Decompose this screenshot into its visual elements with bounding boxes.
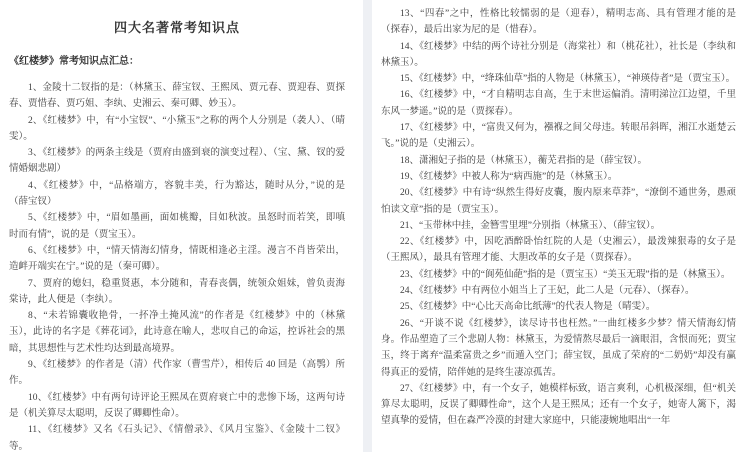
knowledge-item: 27、《红楼梦》中，有一个女子，她模样标致，语言爽利，心机极深细，但“机关算尽太… — [381, 381, 736, 430]
section-heading: 《红楼梦》常考知识点汇总： — [9, 54, 345, 70]
page-left[interactable]: 四大名著常考知识点 《红楼梦》常考知识点汇总： 1、金陵十二钗指的是：（林黛玉、… — [0, 0, 363, 452]
knowledge-item: 16、《红楼梦》中，“才自精明志自高，生于末世运偏消。清明涕泣江边望，千里东风一… — [381, 87, 736, 120]
knowledge-item: 23、《红楼梦》中的“阆苑仙葩”指的是（贾宝玉）“美玉无瑕”指的是（林黛玉）。 — [381, 267, 736, 283]
right-page-body: 13、“四春”之中，性格比较懦弱的是（迎春），精明志高、具有管理才能的是（探春）… — [381, 6, 736, 430]
page-right[interactable]: 13、“四春”之中，性格比较懦弱的是（迎春），精明志高、具有管理才能的是（探春）… — [372, 0, 748, 452]
knowledge-item: 13、“四春”之中，性格比较懦弱的是（迎春），精明志高、具有管理才能的是（探春）… — [381, 6, 736, 39]
knowledge-item: 17、《红楼梦》中，“富贵又何为，襁褓之间父母违。转眼吊斜晖，湘江水逝楚云飞。”… — [381, 120, 736, 153]
knowledge-item: 8、“未若锦囊收艳骨，一抔净土掩风流”的作者是《红楼梦》中的（林黛玉），此诗的名… — [9, 308, 345, 357]
knowledge-item: 25、《红楼梦》中“心比天高命比纸薄”的代表人物是（晴雯）。 — [381, 299, 736, 315]
knowledge-item: 15、《红楼梦》中，“绛珠仙草”指的人物是（林黛玉），“神瑛侍者”是（贾宝玉）。 — [381, 71, 736, 87]
knowledge-item: 26、“开谈不说《红楼梦》，读尽诗书也枉然。”一曲红楼多少梦？情天情海幻情身。作… — [381, 316, 736, 381]
knowledge-item: 18、潇湘妃子指的是（林黛玉），蘅芜君指的是（薛宝钗）。 — [381, 153, 736, 169]
knowledge-item: 10、《红楼梦》中有两句诗评论王熙凤在贾府衰亡中的悲惨下场，这两句诗是（机关算尽… — [9, 390, 345, 423]
knowledge-item: 3、《红楼梦》的两条主线是（贾府由盛到衰的演变过程）、（宝、黛、钗的爱情婚姻悲剧… — [9, 145, 345, 178]
knowledge-item: 20、《红楼梦》中有诗“纵然生得好皮囊，腹内原来草莽”，“潦倒不通世务，愚顽怕读… — [381, 185, 736, 218]
knowledge-item: 7、贾府的媳妇，稳重贤惠，本分随和，青春丧偶，统领众姐妹，曾负责海棠诗，此人便是… — [9, 276, 345, 309]
knowledge-item: 2、《红楼梦》中，有“小宝钗”、“小黛玉”之称的两个人分别是（袭人）、（晴雯）。 — [9, 113, 345, 146]
knowledge-item: 24、《红楼梦》中有两位小姐当上了王妃，此二人是（元春）、（探春）。 — [381, 283, 736, 299]
knowledge-item: 9、《红楼梦》的作者是（清）代作家（曹雪芹），相传后 40 回是（高鹗）所作。 — [9, 357, 345, 390]
knowledge-item: 14、《红楼梦》中结的两个诗社分别是（海棠社）和（桃花社），社长是（李纨和林黛玉… — [381, 39, 736, 72]
knowledge-item: 11、《红楼梦》又名《石头记》、《情僧录》、《风月宝鉴》、《金陵十二钗》等。 — [9, 422, 345, 452]
document-canvas: 四大名著常考知识点 《红楼梦》常考知识点汇总： 1、金陵十二钗指的是：（林黛玉、… — [0, 0, 748, 452]
left-page-body: 1、金陵十二钗指的是：（林黛玉、薛宝钗、王熙凤、贾元春、贾迎春、贾探春、贾惜春、… — [9, 80, 345, 452]
document-title: 四大名著常考知识点 — [9, 20, 345, 36]
page-gap — [363, 0, 372, 452]
knowledge-item: 4、《红楼梦》中，“品格端方，容貌丰美，行为豁达，随时从分，”说的是（薛宝钗） — [9, 178, 345, 211]
knowledge-item: 5、《红楼梦》中，“眉如墨画，面如桃瓣，目如秋波。虽怒时而若笑，即嗔时而有情”，… — [9, 210, 345, 243]
knowledge-item: 22、《红楼梦》中，因吃酒醉卧怡红院的人是（史湘云），最泼辣狠毒的女子是（王熙凤… — [381, 234, 736, 267]
knowledge-item: 1、金陵十二钗指的是：（林黛玉、薛宝钗、王熙凤、贾元春、贾迎春、贾探春、贾惜春、… — [9, 80, 345, 113]
knowledge-item: 19、《红楼梦》中被人称为“病西施”的是（林黛玉）。 — [381, 169, 736, 185]
knowledge-item: 6、《红楼梦》中，“情天情海幻情身，情既相逢必主淫。漫言不肖皆荣出，造衅开端实在… — [9, 243, 345, 276]
knowledge-item: 21、“玉带林中挂，金簪雪里埋”分别指（林黛玉）、（薛宝钗）。 — [381, 218, 736, 234]
